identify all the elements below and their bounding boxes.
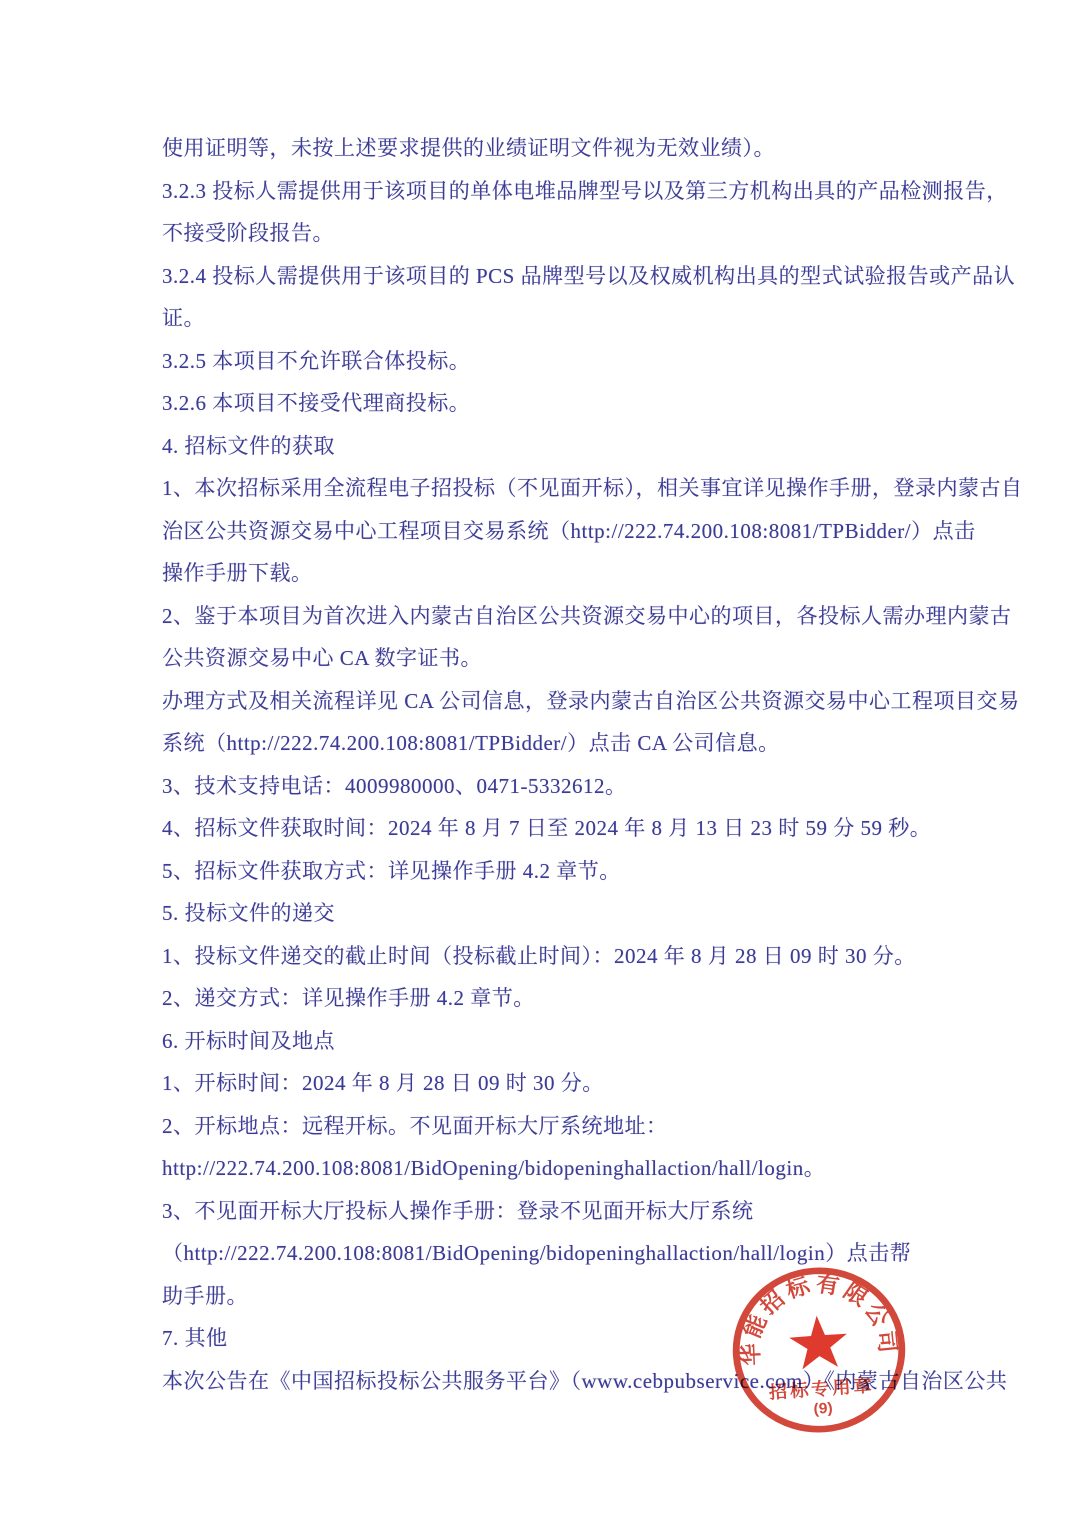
doc-line: 治区公共资源交易中心工程项目交易系统（http://222.74.200.108…	[162, 510, 952, 553]
doc-line: 3、技术支持电话：4009980000、0471-5332612。	[162, 765, 952, 808]
doc-line: 5、招标文件获取方式：详见操作手册 4.2 章节。	[162, 850, 952, 893]
doc-line: 3、不见面开标大厅投标人操作手册：登录不见面开标大厅系统	[162, 1190, 952, 1233]
doc-line: 1、本次招标采用全流程电子招投标（不见面开标），相关事宜详见操作手册，登录内蒙古…	[162, 467, 952, 510]
doc-line: 1、投标文件递交的截止时间（投标截止时间）：2024 年 8 月 28 日 09…	[162, 935, 952, 978]
doc-url-line: （http://222.74.200.108:8081/BidOpening/b…	[162, 1232, 952, 1275]
seal-number: (9)	[813, 1400, 833, 1418]
doc-line: 办理方式及相关流程详见 CA 公司信息，登录内蒙古自治区公共资源交易中心工程项目…	[162, 680, 952, 723]
doc-line: 1、开标时间：2024 年 8 月 28 日 09 时 30 分。	[162, 1062, 952, 1105]
document-body: 使用证明等，未按上述要求提供的业绩证明文件视为无效业绩）。 3.2.3 投标人需…	[162, 127, 952, 1402]
doc-line: 4、招标文件获取时间：2024 年 8 月 7 日至 2024 年 8 月 13…	[162, 807, 952, 850]
doc-url-line: http://222.74.200.108:8081/BidOpening/bi…	[162, 1147, 952, 1190]
doc-line: 2、递交方式：详见操作手册 4.2 章节。	[162, 977, 952, 1020]
doc-line: 证。	[162, 297, 952, 340]
doc-line: 不接受阶段报告。	[162, 212, 952, 255]
doc-line: 公共资源交易中心 CA 数字证书。	[162, 637, 952, 680]
doc-line: 3.2.6 本项目不接受代理商投标。	[162, 382, 952, 425]
doc-line: 系统（http://222.74.200.108:8081/TPBidder/）…	[162, 722, 952, 765]
doc-section-heading: 6. 开标时间及地点	[162, 1020, 952, 1063]
doc-section-heading: 5. 投标文件的递交	[162, 892, 952, 935]
doc-section-heading: 4. 招标文件的获取	[162, 425, 952, 468]
tender-notice-page: 使用证明等，未按上述要求提供的业绩证明文件视为无效业绩）。 3.2.3 投标人需…	[0, 0, 1080, 1527]
doc-section-heading: 7. 其他	[162, 1317, 952, 1360]
doc-line: 3.2.4 投标人需提供用于该项目的 PCS 品牌型号以及权威机构出具的型式试验…	[162, 255, 952, 298]
doc-line: 2、鉴于本项目为首次进入内蒙古自治区公共资源交易中心的项目，各投标人需办理内蒙古	[162, 595, 952, 638]
doc-line: 3.2.5 本项目不允许联合体投标。	[162, 340, 952, 383]
doc-line: 3.2.3 投标人需提供用于该项目的单体电堆品牌型号以及第三方机构出具的产品检测…	[162, 170, 952, 213]
doc-line: 使用证明等，未按上述要求提供的业绩证明文件视为无效业绩）。	[162, 127, 952, 170]
doc-line: 操作手册下载。	[162, 552, 952, 595]
doc-line: 本次公告在《中国招标投标公共服务平台》（www.cebpubservice.co…	[162, 1360, 952, 1403]
doc-line: 助手册。	[162, 1275, 952, 1318]
doc-line: 2、开标地点：远程开标。不见面开标大厅系统地址：	[162, 1105, 952, 1148]
